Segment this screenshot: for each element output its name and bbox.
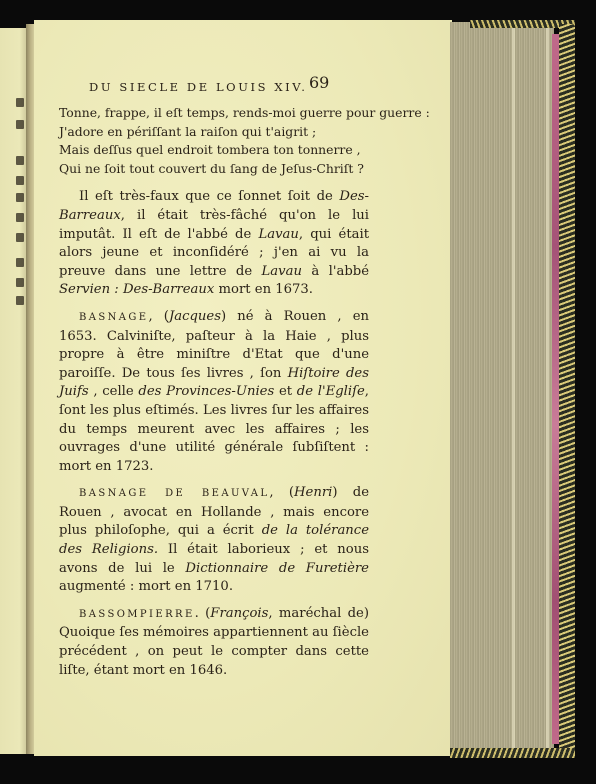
page-edge-highlight xyxy=(512,22,515,754)
cover-bottom-edge xyxy=(450,748,575,758)
facing-page-glyph xyxy=(16,278,24,287)
entry-basnage-de-beauval: Basnage de Beauval, (Henri) de Rouen , a… xyxy=(59,484,369,597)
running-head: du siecle de louis xiv. 69 xyxy=(59,78,369,104)
verse-line: Mais deſſus quel endroit tombera ton ton… xyxy=(59,141,369,160)
facing-page-fragment xyxy=(0,28,28,754)
cover-fore-edge xyxy=(559,24,575,752)
page-edge-highlight xyxy=(546,22,549,754)
page-number: 69 xyxy=(309,74,329,93)
sonnet-verse: Tonne, frappe, il eſt temps, rends-moi g… xyxy=(59,104,369,178)
page-text: du siecle de louis xiv. 69 Tonne, frappe… xyxy=(59,78,369,688)
entry-bassompierre: Bassompierre. (François, maréchal de) Qu… xyxy=(59,605,369,680)
entry-name: Bassompierre xyxy=(79,609,195,620)
page-edges xyxy=(450,22,554,754)
verse-line: Tonne, frappe, il eſt temps, rends-moi g… xyxy=(59,104,369,123)
verse-line: Qui ne ſoit tout couvert du ſang de Jeſu… xyxy=(59,160,369,179)
entry-name: Basnage xyxy=(79,312,148,323)
facing-page-glyph xyxy=(16,176,24,185)
facing-page-glyph xyxy=(16,233,24,242)
verse-line: J'adore en périſſant la raiſon qui t'aig… xyxy=(59,123,369,142)
running-head-title: du siecle de louis xiv. xyxy=(89,80,307,94)
facing-page-glyph xyxy=(16,156,24,165)
entry-name: Basnage de Beauval xyxy=(79,488,269,499)
facing-page-glyph xyxy=(16,193,24,202)
facing-page-glyph xyxy=(16,120,24,129)
paragraph-des-barreaux: Il eſt très-faux que ce ſonnet ſoit de D… xyxy=(59,188,369,300)
facing-page-glyph xyxy=(16,296,24,305)
facing-page-glyph xyxy=(16,98,24,107)
facing-page-glyph xyxy=(16,258,24,267)
entry-basnage: Basnage, (Jacques) né à Rouen , en 1653.… xyxy=(59,308,369,476)
facing-page-glyph xyxy=(16,213,24,222)
